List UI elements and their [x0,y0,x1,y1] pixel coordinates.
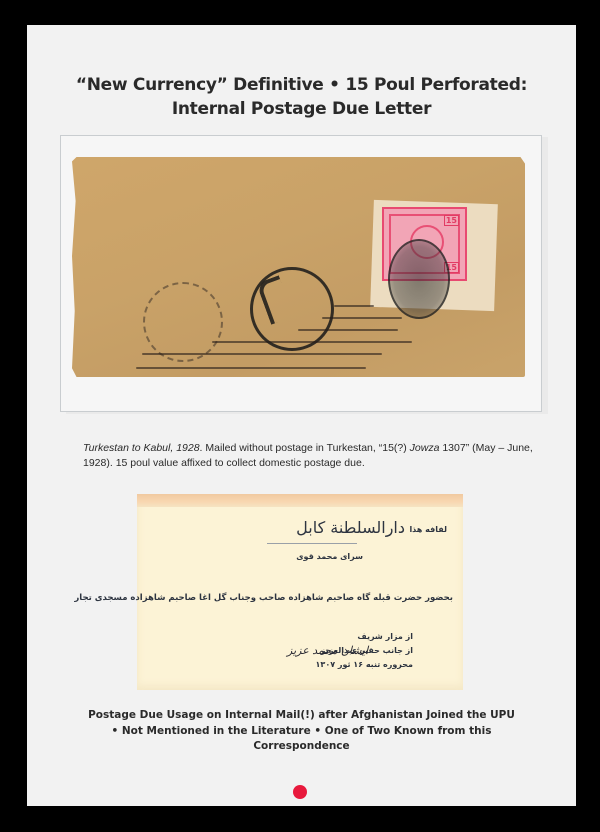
handwriting [334,305,374,307]
letter-from-3: محروره تنبه ۱۶ ثور ۱۳۰۷ [316,660,413,669]
letter-header-small: لفافه هذا [409,525,447,534]
bold-postmark [250,267,334,351]
envelope-mount: 15 15 [60,135,542,412]
letter-sheet: لفافه هذا دارالسلطنة کابل سرای محمد قوی … [137,494,463,690]
letter-header-large: دارالسلطنة کابل [296,518,405,537]
red-dot-marker-icon [293,785,307,799]
stamp-value-top: 15 [444,215,459,226]
handwriting [322,317,402,319]
exhibit-page: “New Currency” Definitive • 15 Poul Perf… [27,25,576,806]
cancel-oval [388,239,450,319]
handwriting [298,329,398,331]
caption-route: Turkestan to Kabul, 1928 [83,442,200,454]
handwriting [142,353,382,355]
envelope-image: 15 15 [72,157,525,377]
faint-postmark [143,282,223,362]
envelope-caption: Turkestan to Kabul, 1928. Mailed without… [83,441,543,471]
handwriting [136,367,366,369]
handwriting [212,341,412,343]
letter-subline: سرای محمد قوی [296,552,363,561]
page-title: “New Currency” Definitive • 15 Poul Perf… [27,73,576,121]
exhibit-summary: Postage Due Usage on Internal Mail(!) af… [47,708,556,755]
title-line-2: Internal Postage Due Letter [27,97,576,121]
signature: ایشان محمد عزیز [287,644,368,657]
letter-body: بحضور حضرت قبله گاه صاحبم شاهزاده صاحب و… [74,593,453,603]
title-line-1: “New Currency” Definitive • 15 Poul Perf… [27,73,576,97]
letter-from-1: از مزار شریف [357,632,413,641]
